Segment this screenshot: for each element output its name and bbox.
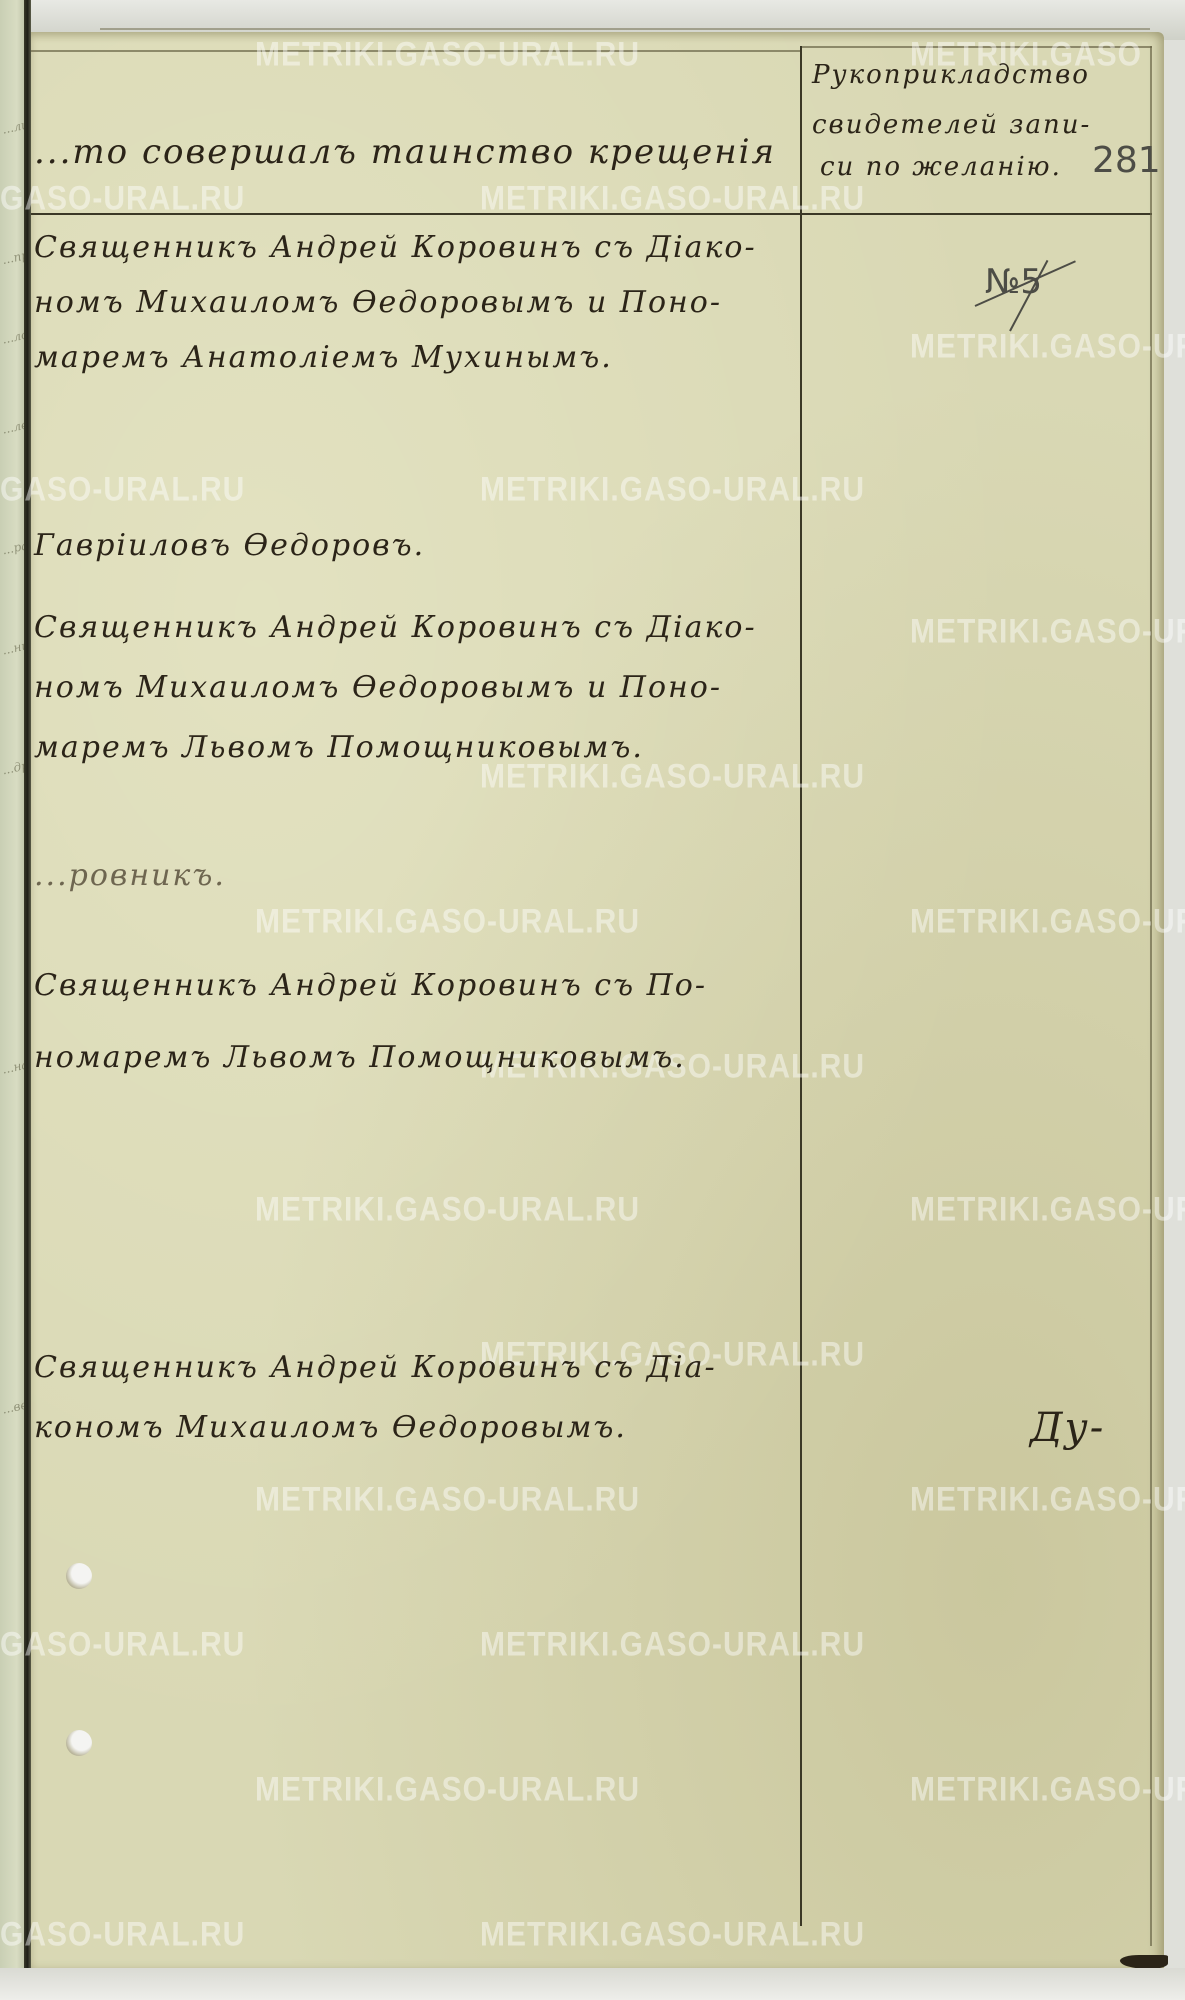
- entry-3-line-2: номаремъ Львомъ Помощниковымъ.: [34, 1040, 686, 1075]
- binding-edge: [24, 0, 31, 2000]
- right-border-rule: [1150, 46, 1152, 1946]
- entry-3-line-1: Священникъ Андрей Коровинъ съ По-: [34, 968, 707, 1003]
- header-top-rule: [31, 50, 801, 52]
- header-officiant-column: ...то совершалъ таинство крещенія: [34, 132, 776, 172]
- header-witness-line-2: свидетелей запи-: [812, 110, 1091, 140]
- entry-2-line-1: Священникъ Андрей Коровинъ съ Діако-: [34, 610, 757, 645]
- entry-3-pre-line: ...ровникъ.: [34, 858, 226, 893]
- entry-1-line-2: номъ Михаиломъ Өедоровымъ и Поно-: [34, 285, 722, 320]
- punch-hole: [66, 1730, 92, 1756]
- header-top-rule-right: [800, 46, 1152, 48]
- paper-top-edge: [100, 28, 1150, 30]
- scanner-background-bottom: [0, 1968, 1185, 2000]
- entry-1-line-3: маремъ Анатоліемъ Мухинымъ.: [34, 340, 613, 375]
- page-number: 281: [1092, 140, 1161, 181]
- header-witness-line-3: си по желанію.: [820, 152, 1062, 182]
- entry-4-line-2: кономъ Михаиломъ Өедоровымъ.: [34, 1410, 627, 1445]
- witness-mark: Ду-: [1030, 1405, 1105, 1451]
- entry-2-line-3: маремъ Львомъ Помощниковымъ.: [34, 730, 644, 765]
- entry-1-line-1: Священникъ Андрей Коровинъ съ Діако-: [34, 230, 757, 265]
- punch-hole: [66, 1563, 92, 1589]
- header-bottom-rule: [31, 213, 1152, 215]
- entry-2-pre-line: Гавріиловъ Өедоровъ.: [34, 528, 425, 563]
- header-witness-line-1: Рукоприкладство: [812, 60, 1090, 90]
- column-divider: [800, 46, 802, 1926]
- entry-2-line-2: номъ Михаиломъ Өедоровымъ и Поно-: [34, 670, 722, 705]
- entry-4-line-1: Священникъ Андрей Коровинъ съ Діа-: [34, 1350, 717, 1385]
